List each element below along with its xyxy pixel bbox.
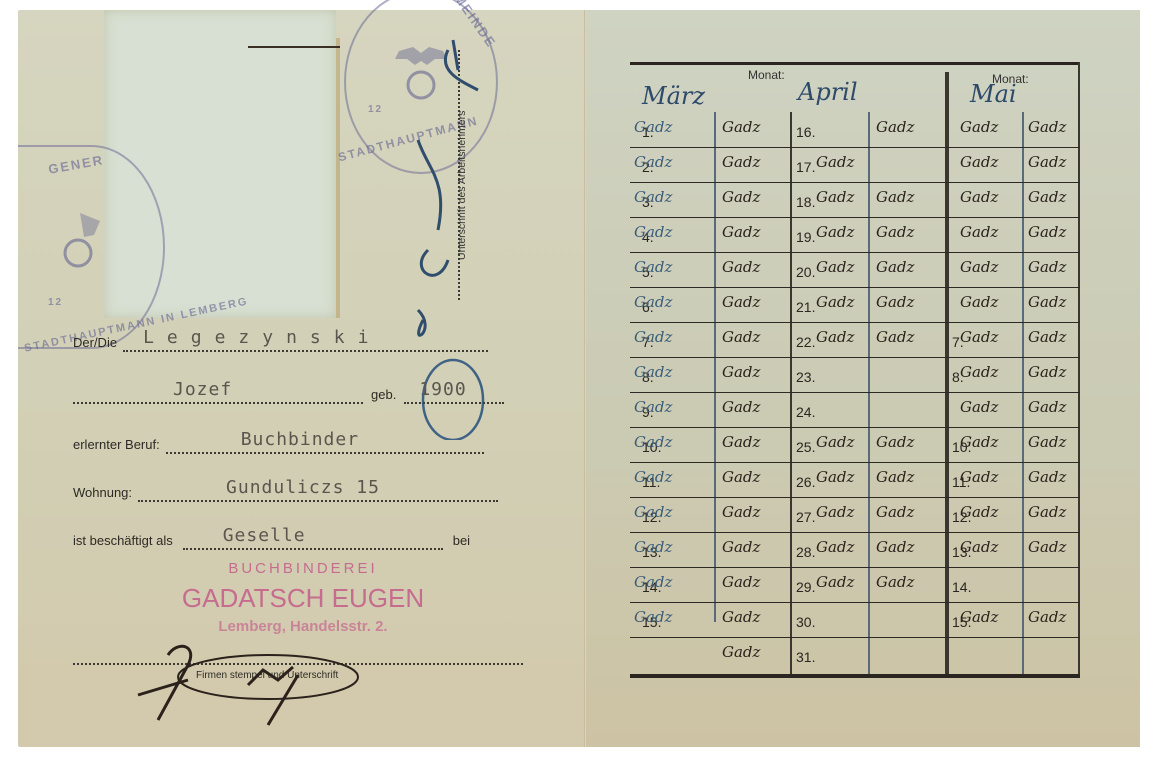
handwritten-signature: Gadz	[634, 573, 672, 591]
handwritten-signature: Gadz	[816, 433, 854, 451]
handwritten-signature: Gadz	[722, 118, 760, 136]
day-number-may: 14.	[952, 579, 971, 595]
handwritten-signature: Gadz	[876, 573, 914, 591]
handwritten-signature: Gadz	[816, 153, 854, 171]
handwritten-signature: Gadz	[960, 153, 998, 171]
day-number-april: 19.	[796, 229, 815, 245]
handwritten-signature: Gadz	[634, 468, 672, 486]
handwritten-signature: Gadz	[1028, 223, 1066, 241]
handwritten-signature: Gadz	[960, 118, 998, 136]
day-number-april: 31.	[796, 649, 815, 665]
day-number-april: 20.	[796, 264, 815, 280]
firm-stamp-line3: Lemberg, Handelsstr. 2.	[148, 618, 458, 635]
occupation-line: Geselle	[183, 526, 443, 550]
table-row: 11.26.11.GadzGadzGadzGadzGadzGadz	[630, 462, 1080, 498]
handwritten-signature: Gadz	[722, 538, 760, 556]
table-row: 9.24.GadzGadzGadzGadz	[630, 392, 1080, 428]
handwritten-signature: Gadz	[634, 258, 672, 276]
firm-stamp-line1: BUCHBINDEREI	[148, 560, 458, 577]
handwritten-signature: Gadz	[1028, 188, 1066, 206]
stamp-ring-text-top: GENER	[47, 152, 105, 177]
month-march: März	[642, 82, 705, 110]
table-row: 3.18.GadzGadzGadzGadzGadzGadz	[630, 182, 1080, 218]
photo-glue-stain	[336, 38, 340, 318]
handwritten-signature: Gadz	[722, 643, 760, 661]
handwritten-signature: Gadz	[816, 503, 854, 521]
table-row: 1.16.GadzGadzGadzGadzGadz	[630, 112, 1080, 148]
handwritten-signature: Gadz	[816, 258, 854, 276]
firm-caption: Firmen stempel und Unterschrift	[196, 670, 338, 681]
birth-year-label: geb.	[371, 387, 396, 404]
day-number-april: 21.	[796, 299, 815, 315]
firm-stamp: BUCHBINDEREI GADATSCH EUGEN Lemberg, Han…	[148, 560, 458, 635]
handwritten-signature: Gadz	[816, 573, 854, 591]
handwritten-signature: Gadz	[1028, 293, 1066, 311]
firm-stamp-line2: GADATSCH EUGEN	[148, 583, 458, 614]
handwritten-signature: Gadz	[1028, 468, 1066, 486]
handwritten-signature: Gadz	[722, 573, 760, 591]
handwritten-signature: Gadz	[634, 363, 672, 381]
table-row: 5.20.GadzGadzGadzGadzGadzGadz	[630, 252, 1080, 288]
handwritten-signature: Gadz	[876, 468, 914, 486]
handwritten-signature: Gadz	[816, 188, 854, 206]
firstname-field-row: Jozef geb. 1900	[73, 380, 504, 404]
handwritten-signature: Gadz	[876, 503, 914, 521]
handwritten-signature: Gadz	[960, 433, 998, 451]
handwritten-signature: Gadz	[960, 398, 998, 416]
handwritten-signature: Gadz	[722, 188, 760, 206]
handwritten-signature: Gadz	[634, 538, 672, 556]
handwritten-signature: Gadz	[876, 188, 914, 206]
employee-signature-label: Unterschrift des Arbeitsnehmers	[456, 111, 468, 260]
firstname-line: Jozef	[73, 380, 363, 404]
eagle-emblem-icon	[393, 45, 449, 105]
handwritten-signature: Gadz	[634, 293, 672, 311]
firstname-value: Jozef	[173, 379, 232, 400]
firm-signature-line	[73, 663, 523, 665]
official-stamp-top: GEMEINDE STADTHAUPTMANN 12	[344, 0, 498, 174]
official-stamp-left: GENER 12 STADTHAUPTMANN IN LEMBERG	[18, 145, 165, 349]
employer-label: bei	[453, 533, 470, 550]
occupation-label: ist beschäftigt als	[73, 533, 173, 550]
table-row: 10.25.10.GadzGadzGadzGadzGadzGadz	[630, 427, 1080, 463]
surname-field-row: Der/Die Legezynski	[73, 328, 488, 352]
handwritten-signature: Gadz	[960, 188, 998, 206]
residence-value: Gunduliczs 15	[226, 477, 380, 498]
table-row: 7.22.7.GadzGadzGadzGadzGadzGadz	[630, 322, 1080, 358]
day-number-april: 30.	[796, 614, 815, 630]
handwritten-signature: Gadz	[722, 608, 760, 626]
handwritten-signature: Gadz	[816, 538, 854, 556]
handwritten-signature: Gadz	[960, 293, 998, 311]
handwritten-signature: Gadz	[876, 118, 914, 136]
handwritten-signature: Gadz	[1028, 433, 1066, 451]
handwritten-signature: Gadz	[1028, 398, 1066, 416]
occupation-field-row: ist beschäftigt als Geselle bei	[73, 526, 470, 550]
surname-line: Legezynski	[123, 328, 488, 352]
handwritten-signature: Gadz	[960, 363, 998, 381]
handwritten-signature: Gadz	[816, 293, 854, 311]
table-bottom-border	[630, 674, 1080, 678]
day-number-april: 23.	[796, 369, 815, 385]
handwritten-signature: Gadz	[960, 608, 998, 626]
day-number-april: 16.	[796, 124, 815, 140]
day-number-april: 29.	[796, 579, 815, 595]
stamp-number: 12	[48, 297, 63, 308]
handwritten-signature: Gadz	[960, 223, 998, 241]
table-row: 12.27.12.GadzGadzGadzGadzGadzGadz	[630, 497, 1080, 533]
day-number-april: 28.	[796, 544, 815, 560]
table-row: 13.28.13.GadzGadzGadzGadzGadzGadz	[630, 532, 1080, 568]
handwritten-signature: Gadz	[876, 258, 914, 276]
photo-border-line	[248, 46, 340, 48]
table-row: 14.29.14.GadzGadzGadzGadz	[630, 567, 1080, 603]
handwritten-signature: Gadz	[722, 153, 760, 171]
handwritten-signature: Gadz	[722, 398, 760, 416]
table-row: 31.Gadz	[630, 637, 1080, 672]
handwritten-signature: Gadz	[1028, 328, 1066, 346]
handwritten-signature: Gadz	[634, 328, 672, 346]
stamp-number: 12	[368, 104, 383, 115]
handwritten-signature: Gadz	[1028, 118, 1066, 136]
table-row: 2.17.GadzGadzGadzGadzGadz	[630, 147, 1080, 183]
handwritten-signature: Gadz	[634, 188, 672, 206]
work-card-booklet: GEMEINDE STADTHAUPTMANN 12 GENER 12 STAD…	[18, 10, 1140, 747]
surname-label: Der/Die	[73, 335, 117, 352]
day-number-april: 17.	[796, 159, 815, 175]
handwritten-signature: Gadz	[722, 468, 760, 486]
day-number-april: 25.	[796, 439, 815, 455]
handwritten-signature: Gadz	[634, 118, 672, 136]
table-row: 6.21.GadzGadzGadzGadzGadzGadz	[630, 287, 1080, 323]
day-number-april: 22.	[796, 334, 815, 350]
table-top-border	[630, 62, 1080, 65]
handwritten-signature: Gadz	[876, 293, 914, 311]
residence-field-row: Wohnung: Gunduliczs 15	[73, 478, 498, 502]
eagle-emblem-icon	[50, 209, 106, 269]
handwritten-signature: Gadz	[722, 363, 760, 381]
handwritten-signature: Gadz	[960, 328, 998, 346]
handwritten-signature: Gadz	[816, 223, 854, 241]
handwritten-signature: Gadz	[960, 468, 998, 486]
profession-label: erlernter Beruf:	[73, 437, 160, 454]
handwritten-signature: Gadz	[960, 538, 998, 556]
profession-line: Buchbinder	[166, 430, 484, 454]
table-row: 8.23.8.GadzGadzGadzGadz	[630, 357, 1080, 393]
left-page: GEMEINDE STADTHAUPTMANN 12 GENER 12 STAD…	[18, 10, 586, 747]
handwritten-signature: Gadz	[1028, 363, 1066, 381]
stamp-ring-text-top: GEMEINDE	[438, 0, 499, 51]
profession-value: Buchbinder	[241, 429, 359, 450]
occupation-value: Geselle	[223, 525, 306, 546]
birth-year-value: 1900	[419, 379, 466, 400]
handwritten-signature: Gadz	[634, 433, 672, 451]
handwritten-signature: Gadz	[722, 293, 760, 311]
handwritten-signature: Gadz	[1028, 153, 1066, 171]
handwritten-signature: Gadz	[634, 608, 672, 626]
month-april: April	[798, 78, 858, 106]
handwritten-signature: Gadz	[876, 223, 914, 241]
handwritten-signature: Gadz	[876, 538, 914, 556]
handwritten-signature: Gadz	[634, 223, 672, 241]
handwritten-signature: Gadz	[1028, 608, 1066, 626]
surname-value: Legezynski	[143, 327, 381, 348]
table-row: 15.30.15.GadzGadzGadzGadz	[630, 602, 1080, 638]
handwritten-signature: Gadz	[1028, 258, 1066, 276]
handwritten-signature: Gadz	[722, 433, 760, 451]
month-header-label: Monat:	[748, 68, 785, 82]
handwritten-signature: Gadz	[722, 503, 760, 521]
residence-line: Gunduliczs 15	[138, 478, 498, 502]
handwritten-signature: Gadz	[816, 468, 854, 486]
handwritten-signature: Gadz	[960, 503, 998, 521]
table-row: 4.19.GadzGadzGadzGadzGadzGadz	[630, 217, 1080, 253]
residence-label: Wohnung:	[73, 485, 132, 502]
day-number-april: 24.	[796, 404, 815, 420]
handwritten-signature: Gadz	[722, 258, 760, 276]
day-number-april: 27.	[796, 509, 815, 525]
handwritten-signature: Gadz	[722, 223, 760, 241]
handwritten-signature: Gadz	[634, 398, 672, 416]
day-number-april: 18.	[796, 194, 815, 210]
handwritten-signature: Gadz	[876, 433, 914, 451]
handwritten-signature: Gadz	[960, 258, 998, 276]
profession-field-row: erlernter Beruf: Buchbinder	[73, 430, 484, 454]
handwritten-signature: Gadz	[876, 328, 914, 346]
month-may: Mai	[970, 80, 1017, 108]
birth-year-line: 1900	[404, 380, 504, 404]
handwritten-signature: Gadz	[722, 328, 760, 346]
handwritten-signature: Gadz	[1028, 503, 1066, 521]
handwritten-signature: Gadz	[634, 153, 672, 171]
handwritten-signature: Gadz	[634, 503, 672, 521]
handwritten-signature: Gadz	[1028, 538, 1066, 556]
handwritten-signature: Gadz	[816, 328, 854, 346]
day-number-april: 26.	[796, 474, 815, 490]
